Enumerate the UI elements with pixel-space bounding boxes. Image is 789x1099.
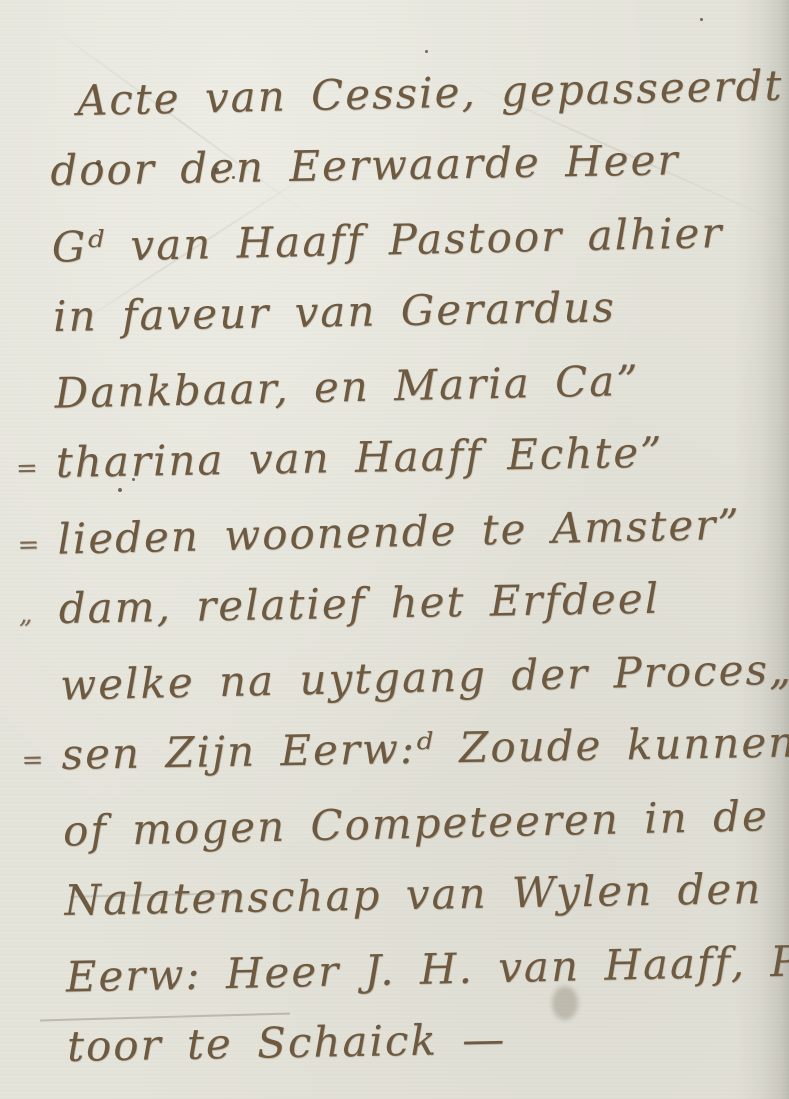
manuscript-line-4: in faveur van Gerardus [53,268,754,353]
manuscript-text: Acte van Cessie, gepasseerdt door den Ee… [48,49,767,1084]
line-text: tharina van Haaff Echte” [56,428,664,487]
ink-speck [232,176,235,179]
manuscript-line-10: =sen Zijn Eerw:ᵈ Zoude kunnen [61,706,762,791]
margin-mark: = [15,432,38,505]
line-text: door den Eerwaarde Heer [50,135,680,195]
line-text: dam, relatief het Erfdeel [58,574,660,633]
line-text: Dankbaar, en Maria Ca” [54,356,640,418]
line-text: lieden woonende te Amster” [57,500,741,564]
line-text: Nalatenschap van Wylen den [64,864,763,925]
ink-smudge [552,986,578,1020]
ink-speck [215,168,219,172]
ink-speck [425,50,428,53]
line-text: sen Zijn Eerw:ᵈ Zoude kunnen [61,717,789,779]
line-text: welke na uytgang der Proces„ [60,645,789,710]
ink-speck [700,18,703,21]
manuscript-line-8: „dam, relatief het Erfdeel [58,560,759,645]
line-text: of mogen Competeeren in de [62,791,769,855]
line-text: Eerw: Heer J. H. van Haaff, Pas„ [65,935,789,1002]
ink-speck [132,478,135,481]
margin-mark: = [17,509,40,582]
margin-mark: = [21,724,44,797]
ink-speck [118,488,122,492]
line-text: Acte van Cessie, gepasseerdt [76,61,783,125]
line-text: toor te Schaick — [67,1014,507,1071]
margin-mark: „ [18,578,33,651]
manuscript-line-12: Nalatenschap van Wylen den [64,852,765,937]
ink-speck [96,160,101,165]
manuscript-line-14: toor te Schaick — [67,998,768,1083]
line-text: in faveur van Gerardus [53,282,617,341]
manuscript-line-2: door den Eerwaarde Heer [50,122,751,207]
manuscript-line-6: =tharina van Haaff Echte” [55,414,756,499]
manuscript-page: Acte van Cessie, gepasseerdt door den Ee… [0,0,789,1099]
line-text: Gᵈ van Haaff Pastoor alhier [51,208,724,272]
